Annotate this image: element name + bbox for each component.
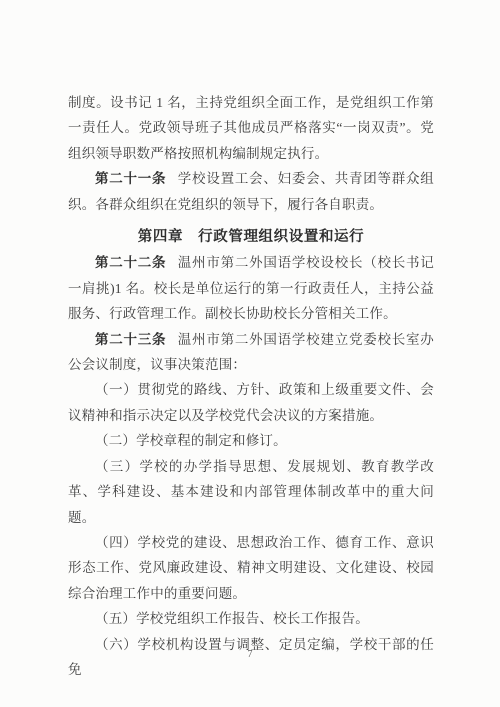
paragraph-article-22: 第二十二条温州市第二外国语学校设校长（校长书记一肩挑)1 名。校长是单位运行的第…	[68, 250, 434, 326]
paragraph-text: （三）学校的办学指导思想、发展规划、教育教学改革、学科建设、基本建设和内部管理体…	[68, 459, 434, 525]
article-22-label: 第二十二条	[95, 255, 166, 270]
list-item-1: （一）贯彻党的路线、方针、政策和上级重要文件、会议精神和指示决定以及学校党代会决…	[68, 377, 434, 428]
list-item-3: （三）学校的办学指导思想、发展规划、教育教学改革、学科建设、基本建设和内部管理体…	[68, 454, 434, 530]
paragraph-continuation: 制度。设书记 1 名，主持党组织全面工作，是党组织工作第一责任人。党政领导班子其…	[68, 90, 434, 166]
paragraph-text: （四）学校党的建设、思想政治工作、德育工作、意识形态工作、党风廉政建设、精神文明…	[68, 535, 434, 601]
paragraph-text: （一）贯彻党的路线、方针、政策和上级重要文件、会议精神和指示决定以及学校党代会决…	[68, 382, 434, 422]
page-number: 7	[0, 649, 500, 660]
paragraph-text: 制度。设书记 1 名，主持党组织全面工作，是党组织工作第一责任人。党政领导班子其…	[68, 95, 434, 161]
paragraph-text: （二）学校章程的制定和修订。	[95, 433, 287, 448]
paragraph-text: （五）学校党组织工作报告、校长工作报告。	[95, 611, 369, 626]
document-body: 制度。设书记 1 名，主持党组织全面工作，是党组织工作第一责任人。党政领导班子其…	[68, 90, 434, 682]
article-21-label: 第二十一条	[95, 171, 166, 186]
list-item-2: （二）学校章程的制定和修订。	[68, 428, 434, 453]
article-23-label: 第二十三条	[95, 332, 166, 347]
document-page: 制度。设书记 1 名，主持党组织全面工作，是党组织工作第一责任人。党政领导班子其…	[0, 0, 500, 707]
paragraph-article-21: 第二十一条学校设置工会、妇委会、共青团等群众组织。各群众组织在党组织的领导下，履…	[68, 166, 434, 217]
list-item-5: （五）学校党组织工作报告、校长工作报告。	[68, 606, 434, 631]
paragraph-article-23: 第二十三条温州市第二外国语学校建立党委校长室办公会议制度，议事决策范围：	[68, 327, 434, 378]
list-item-4: （四）学校党的建设、思想政治工作、德育工作、意识形态工作、党风廉政建设、精神文明…	[68, 530, 434, 606]
chapter-heading: 第四章 行政管理组织设置和运行	[68, 225, 434, 250]
